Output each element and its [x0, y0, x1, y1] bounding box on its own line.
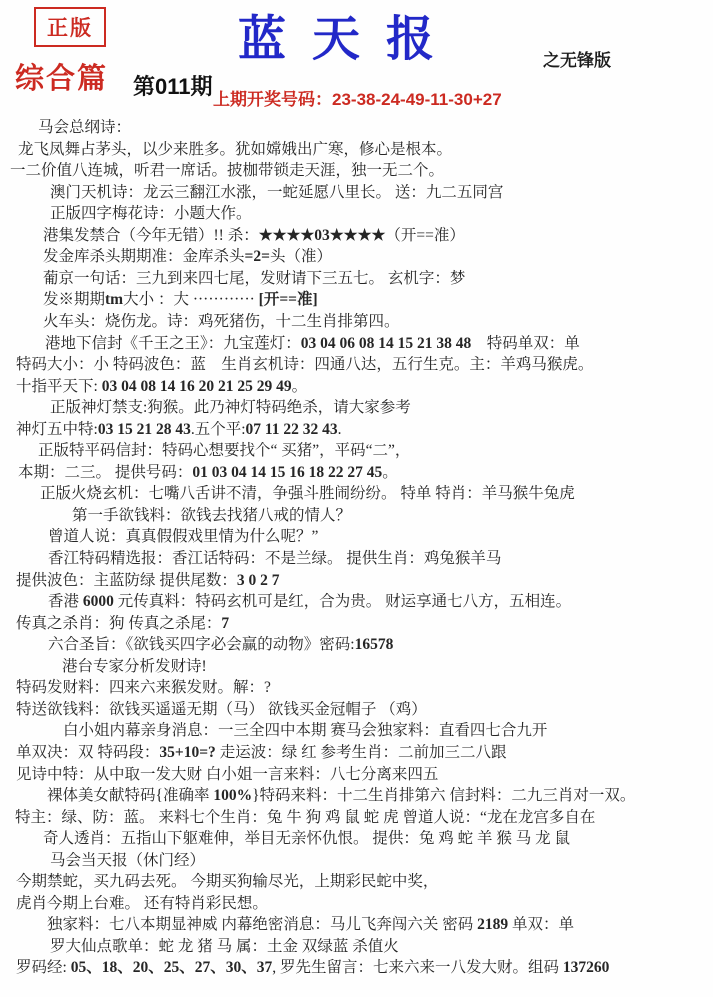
- line-segment: 3 0 2 7: [237, 572, 280, 589]
- line-segment: 。: [292, 378, 308, 395]
- report-line: 白小姐内幕亲身消息：一三全四中本期 赛马会独家料：直看四七合九开: [63, 721, 547, 741]
- line-segment: 奇人透肖：五指山下躯难伸，举目无亲怀仇恨。 提供：兔 鸡 蛇 羊 猴 马 龙 鼠: [43, 830, 570, 847]
- line-segment: 六合圣旨：《欲钱买四字必会赢的动物》密码:: [48, 636, 355, 653]
- report-line: 单双决：双 特码段：35+10=? 走运波：绿 红 参考生肖：二前加三二八跟: [16, 743, 506, 763]
- report-line: 第一手欲钱料：欲钱去找猪八戒的情人？: [72, 506, 351, 526]
- report-line: 香港 6000 元传真料：特码玄机可是红，合为贵。 财运享通七八方，五相连。: [48, 592, 571, 612]
- line-segment: 澳门天机诗：龙云三翻江水涨，一蛇延愿八里长。 送：九二五同宫: [50, 184, 503, 201]
- line-segment: 神灯五中特:: [16, 421, 98, 438]
- line-segment: 马会当天报（休门经）: [50, 852, 205, 869]
- line-segment: 正版特平码信封：特码心想要找个“ 买猪”，平码“二”，: [38, 442, 410, 459]
- line-segment: 大小 ：大 ············: [123, 291, 259, 308]
- line-segment: .: [338, 421, 342, 438]
- line-segment: , 罗先生留言：七来六来一八发大财。组码: [272, 959, 563, 976]
- report-line: 罗码经: 05、18、20、25、27、30、37, 罗先生留言：七来六来一八发…: [16, 958, 609, 978]
- line-segment: 03 04 06 08 14 15 21 38 48: [301, 335, 472, 352]
- line-segment: 香江特码精选报：香江话特码：不是兰绿。 提供生肖：鸡兔猴羊马: [48, 550, 501, 567]
- line-segment: 十指平天下:: [16, 378, 102, 395]
- report-line: 曾道人说：真真假假戏里情为什么呢？”: [48, 527, 318, 547]
- report-line: 神灯五中特:03 15 21 28 43.五个平:07 11 22 32 43.: [16, 420, 342, 440]
- line-segment: 35+10=?: [159, 744, 215, 761]
- report-line: 港台专家分析发财诗!: [62, 657, 207, 677]
- report-line: 正版神灯禁支:狗猴。此乃神灯特码绝杀，请大家参考: [50, 398, 411, 418]
- line-segment: tm: [105, 291, 123, 308]
- line-segment: 一二价值八连城，听君一席话。披枷带锁走天涯，独一无二个。: [10, 162, 444, 179]
- report-line: 正版火烧玄机：七嘴八舌讲不清，争强斗胜闹纷纷。 特单 特肖：羊马猴牛兔虎: [40, 484, 575, 504]
- line-segment: 裸体美女献特码{准确率: [47, 787, 213, 804]
- line-segment: 发金库杀头期期准：金库杀头: [43, 248, 245, 265]
- line-segment: 01 03 04 14 15 16 18 22 27 45: [192, 464, 382, 481]
- report-line: 葡京一句话：三九到来四七尾，发财请下三五七。 玄机字：梦: [43, 269, 465, 289]
- line-segment: 正版神灯禁支:狗猴。此乃神灯特码绝杀，请大家参考: [50, 399, 411, 416]
- report-line: 特码发财料：四来六来猴发财。解：?: [16, 678, 271, 698]
- line-segment: 龙飞凤舞占茅头，以少来胜多。犹如嫦娥出广寒，修心是根本。: [18, 141, 452, 158]
- report-line: 本期：二三。 提供号码：01 03 04 14 15 16 18 22 27 4…: [18, 463, 398, 483]
- line-segment: 03 04 08 14 16 20 21 25 29 49: [102, 378, 292, 395]
- report-line: 罗大仙点歌单：蛇 龙 猪 马 属：土金 双绿蓝 杀值火: [50, 937, 399, 957]
- report-line: 一二价值八连城，听君一席话。披枷带锁走天涯，独一无二个。: [10, 161, 444, 181]
- report-line: 发金库杀头期期准：金库杀头=2=头（准）: [43, 247, 332, 267]
- line-segment: 港集发禁合（今年无错）!! 杀：: [43, 227, 259, 244]
- report-line: 十指平天下: 03 04 08 14 16 20 21 25 29 49。: [16, 377, 307, 397]
- line-segment: 虎肖今期上台难。 还有特肖彩民想。: [16, 895, 268, 912]
- report-line: 今期禁蛇，买九码去死。 今期买狗输尽光，上期彩民蛇中奖，: [16, 872, 438, 892]
- line-segment: 正版四字梅花诗：小题大作。: [50, 205, 252, 222]
- report-line: 正版特平码信封：特码心想要找个“ 买猪”，平码“二”，: [38, 441, 410, 461]
- line-segment: 葡京一句话：三九到来四七尾，发财请下三五七。 玄机字：梦: [43, 270, 465, 287]
- line-segment: }特码来料：十二生肖排第六 信封料：二九三肖对一双。: [252, 787, 635, 804]
- line-segment: 走运波：绿 红 参考生肖：二前加三二八跟: [216, 744, 507, 761]
- report-line: 虎肖今期上台难。 还有特肖彩民想。: [16, 894, 268, 914]
- report-line: 澳门天机诗：龙云三翻江水涨，一蛇延愿八里长。 送：九二五同宫: [50, 183, 503, 203]
- line-segment: 6000: [83, 593, 114, 610]
- line-segment: 特码单双：单: [471, 335, 580, 352]
- line-segment: 马会总纲诗：: [38, 119, 131, 136]
- line-segment: 独家料：七八本期显神威 内幕绝密消息：马儿飞奔闯六关 密码: [47, 916, 477, 933]
- line-segment: 03 15 21 28 43: [98, 421, 191, 438]
- report-line: 见诗中特：从中取一发大财 白小姐一言来料：八七分离来四五: [16, 765, 438, 785]
- report-line: 特码大小：小 特码波色：蓝 生肖玄机诗：四通八达，五行生克。主：羊鸡马猴虎。: [16, 355, 593, 375]
- report-line: 火车头：烧伤龙。诗：鸡死猪伤，十二生肖排第四。: [43, 312, 400, 332]
- report-line: 特主：绿、防：蓝。 来料七个生肖：兔 牛 狗 鸡 鼠 蛇 虎 曾道人说：“龙在龙…: [15, 808, 595, 828]
- line-segment: 正版火烧玄机：七嘴八舌讲不清，争强斗胜闹纷纷。 特单 特肖：羊马猴牛兔虎: [40, 485, 575, 502]
- report-line: 马会总纲诗：: [38, 118, 131, 138]
- line-segment: 传真之杀肖：狗 传真之杀尾：: [16, 615, 221, 632]
- report-line: 龙飞凤舞占茅头，以少来胜多。犹如嫦娥出广寒，修心是根本。: [18, 140, 452, 160]
- report-line: 香江特码精选报：香江话特码：不是兰绿。 提供生肖：鸡兔猴羊马: [48, 549, 501, 569]
- line-segment: =2=: [245, 248, 270, 265]
- report-body: 马会总纲诗：龙飞凤舞占茅头，以少来胜多。犹如嫦娥出广寒，修心是根本。一二价值八连…: [0, 0, 713, 997]
- line-segment: 特码发财料：四来六来猴发财。解：?: [16, 679, 271, 696]
- line-segment: 港台专家分析发财诗!: [62, 658, 207, 675]
- report-line: 提供波色：主蓝防绿 提供尾数：3 0 2 7: [16, 571, 280, 591]
- line-segment: 今期禁蛇，买九码去死。 今期买狗输尽光，上期彩民蛇中奖，: [16, 873, 438, 890]
- report-line: 传真之杀肖：狗 传真之杀尾：7: [16, 614, 229, 634]
- line-segment: 头（准）: [270, 248, 332, 265]
- report-line: 特送欲钱料：欲钱买遥遥无期（马） 欲钱买金冠帽子 （鸡）: [16, 700, 427, 720]
- line-segment: 7: [221, 615, 229, 632]
- line-segment: 见诗中特：从中取一发大财 白小姐一言来料：八七分离来四五: [16, 766, 438, 783]
- line-segment: 本期：二三。 提供号码：: [18, 464, 192, 481]
- line-segment: 特码大小：小 特码波色：蓝 生肖玄机诗：四通八达，五行生克。主：羊鸡马猴虎。: [16, 356, 593, 373]
- line-segment: 第一手欲钱料：欲钱去找猪八戒的情人？: [72, 507, 351, 524]
- report-line: 独家料：七八本期显神威 内幕绝密消息：马儿飞奔闯六关 密码 2189 单双：单: [47, 915, 574, 935]
- newspaper-page: 正版 蓝天报 之无锋版 综合篇 第011期 上期开奖号码：23-38-24-49…: [0, 0, 713, 997]
- line-segment: 07 11 22 32 43: [246, 421, 338, 438]
- line-segment: [开==准]: [259, 291, 318, 308]
- line-segment: 港地下信封《千王之王》：九宝莲灯：: [45, 335, 301, 352]
- line-segment: ★★★★03★★★★: [259, 227, 386, 244]
- line-segment: 罗大仙点歌单：蛇 龙 猪 马 属：土金 双绿蓝 杀值火: [50, 938, 399, 955]
- line-segment: 提供波色：主蓝防绿 提供尾数：: [16, 572, 237, 589]
- line-segment: 白小姐内幕亲身消息：一三全四中本期 赛马会独家料：直看四七合九开: [63, 722, 547, 739]
- line-segment: 。: [382, 464, 398, 481]
- report-line: 正版四字梅花诗：小题大作。: [50, 204, 252, 224]
- line-segment: 单双：单: [508, 916, 574, 933]
- line-segment: 元传真料：特码玄机可是红，合为贵。 财运享通七八方，五相连。: [114, 593, 571, 610]
- line-segment: 16578: [355, 636, 394, 653]
- line-segment: 100%: [213, 787, 252, 804]
- line-segment: 2189: [477, 916, 508, 933]
- line-segment: 曾道人说：真真假假戏里情为什么呢？”: [48, 528, 318, 545]
- line-segment: （开==准）: [385, 227, 464, 244]
- line-segment: 单双决：双 特码段：: [16, 744, 159, 761]
- line-segment: .五个平:: [191, 421, 246, 438]
- report-line: 港地下信封《千王之王》：九宝莲灯：03 04 06 08 14 15 21 38…: [45, 334, 580, 354]
- report-line: 裸体美女献特码{准确率 100%}特码来料：十二生肖排第六 信封料：二九三肖对一…: [47, 786, 635, 806]
- report-line: 马会当天报（休门经）: [50, 851, 205, 871]
- line-segment: 特主：绿、防：蓝。 来料七个生肖：兔 牛 狗 鸡 鼠 蛇 虎 曾道人说：“龙在龙…: [15, 809, 595, 826]
- line-segment: 特送欲钱料：欲钱买遥遥无期（马） 欲钱买金冠帽子 （鸡）: [16, 701, 427, 718]
- line-segment: 05、18、20、25、27、30、37: [71, 959, 273, 976]
- report-line: 奇人透肖：五指山下躯难伸，举目无亲怀仇恨。 提供：兔 鸡 蛇 羊 猴 马 龙 鼠: [43, 829, 570, 849]
- report-line: 六合圣旨：《欲钱买四字必会赢的动物》密码:16578: [48, 635, 393, 655]
- line-segment: 香港: [48, 593, 83, 610]
- report-line: 发※期期tm大小 ：大 ············ [开==准]: [43, 290, 318, 310]
- line-segment: 罗码经:: [16, 959, 71, 976]
- line-segment: 137260: [563, 959, 610, 976]
- line-segment: 火车头：烧伤龙。诗：鸡死猪伤，十二生肖排第四。: [43, 313, 400, 330]
- line-segment: 发※期期: [43, 291, 105, 308]
- report-line: 港集发禁合（今年无错）!! 杀：★★★★03★★★★（开==准）: [43, 226, 465, 246]
